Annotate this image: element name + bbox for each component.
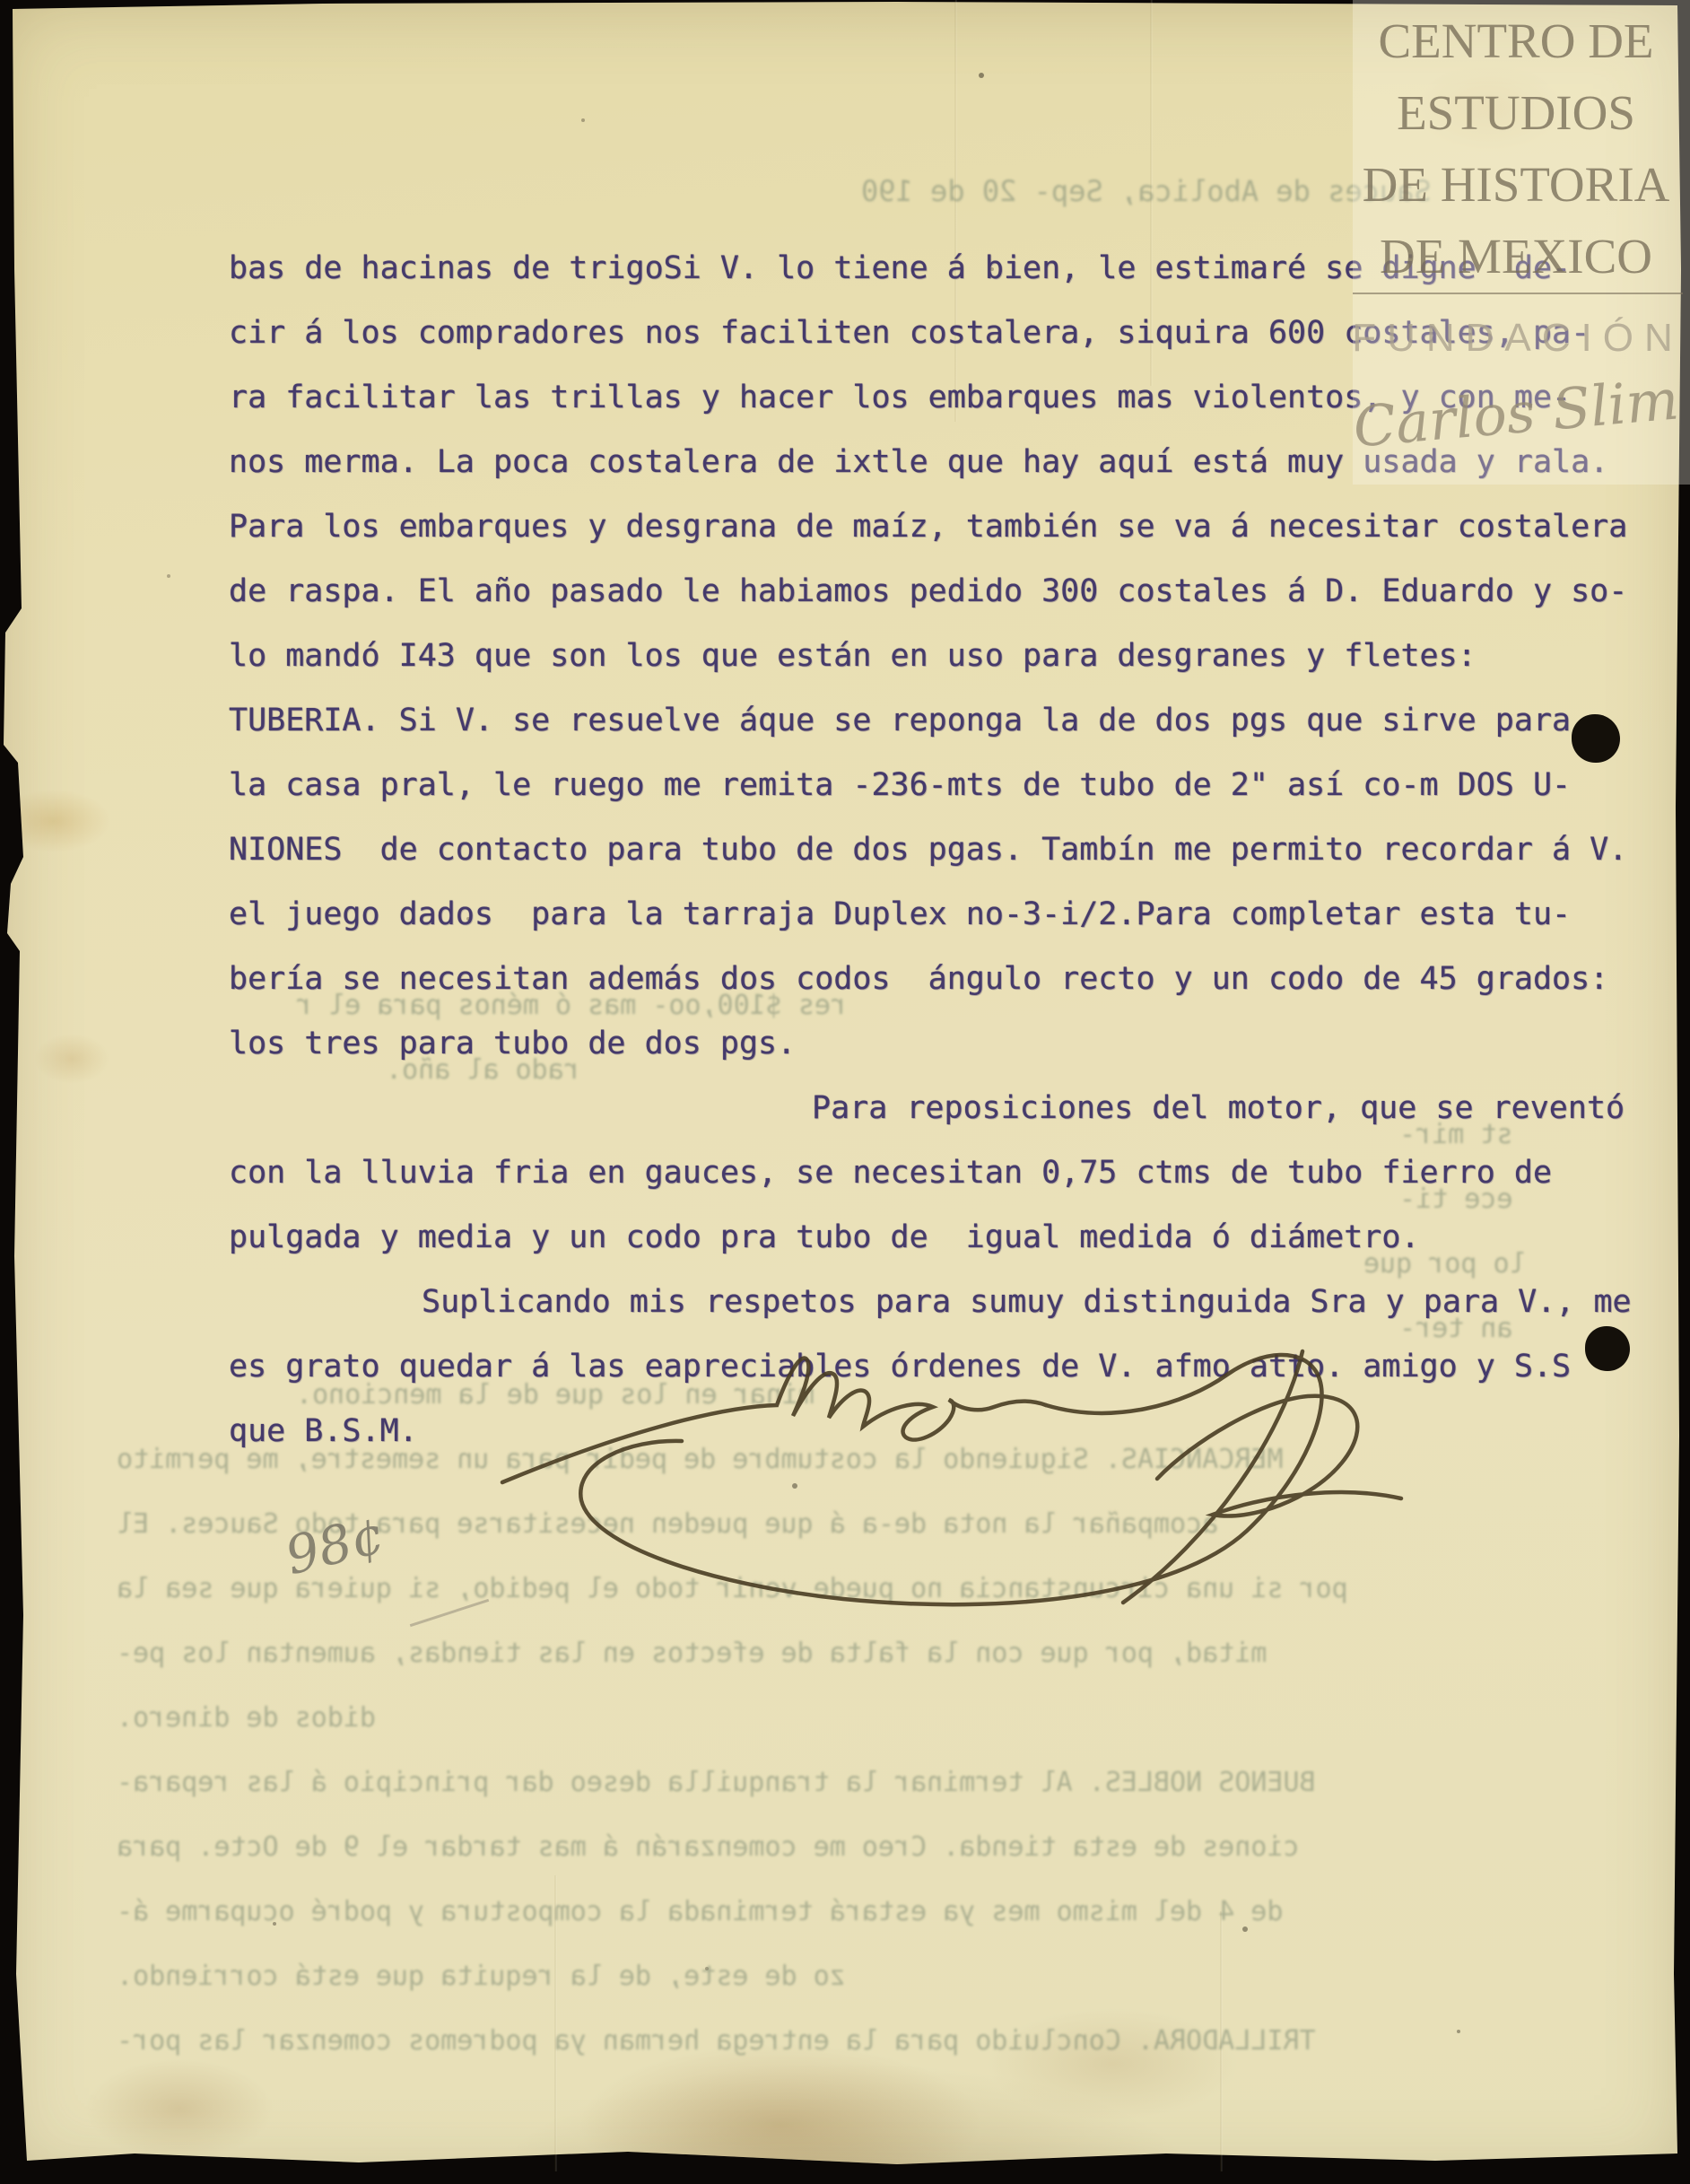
watermark-line: CENTRO DE <box>1346 5 1686 77</box>
hole-punch <box>1585 1326 1630 1371</box>
watermark-line: DE MEXICO <box>1346 221 1686 293</box>
hole-punch <box>1572 714 1620 763</box>
watermark-logo: CENTRO DE ESTUDIOS DE HISTORIA DE MEXICO <box>1346 5 1686 293</box>
watermark-underline <box>1353 293 1683 294</box>
watermark-foundation-label: FUNDACIÓN <box>1346 316 1690 361</box>
scanned-letter-page: Sauces de Abolica, Sep- 20 de 190res $10… <box>0 0 1690 2184</box>
watermark-line: DE HISTORIA <box>1346 149 1686 221</box>
watermark-line: ESTUDIOS <box>1346 77 1686 149</box>
